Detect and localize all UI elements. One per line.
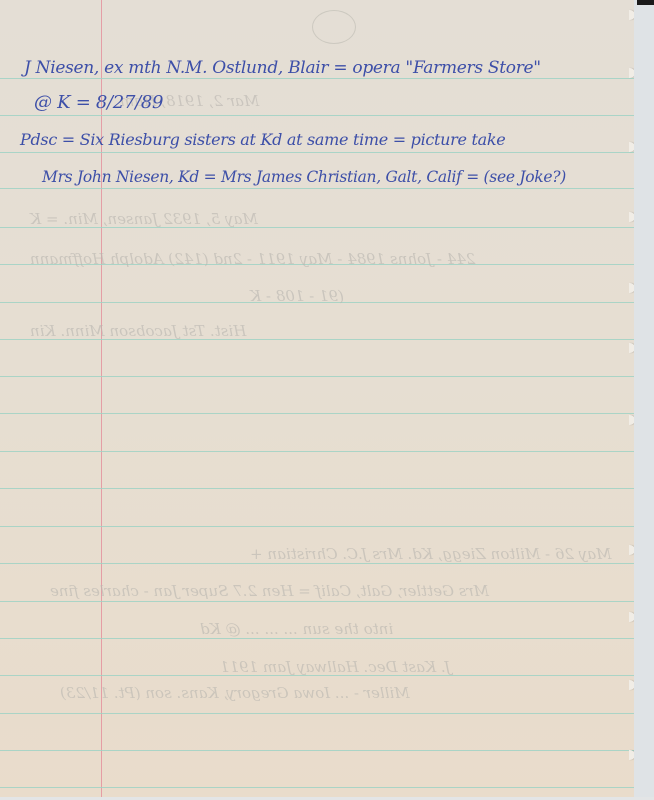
ruled-line bbox=[0, 115, 634, 116]
bleed-text: J. Kast Dec. Hallway Jam 1911 bbox=[220, 658, 451, 676]
entry-2-line-2: Mrs John Niesen, Kd = Mrs James Christia… bbox=[42, 168, 566, 186]
ruled-line bbox=[0, 563, 634, 564]
ruled-line bbox=[0, 787, 634, 788]
bleed-text: May 26 - Milton Ziegg, Kd. Mrs J.C. Chri… bbox=[250, 545, 612, 563]
entry-2-line-1: Pdsc = Six Riesburg sisters at Kd at sam… bbox=[20, 130, 505, 149]
entry-1-line-1: J Niesen, ex mth N.M. Ostlund, Blair = o… bbox=[24, 58, 541, 78]
bleed-text: 244 - Johns 1984 - May 1911 - 2nd (142) … bbox=[30, 250, 475, 268]
margin-line bbox=[101, 0, 102, 797]
ruled-line bbox=[0, 638, 634, 639]
ruled-line bbox=[0, 376, 634, 377]
ruled-line bbox=[0, 488, 634, 489]
ruled-line bbox=[0, 451, 634, 452]
notebook-page: Mar 2, 1918, Ham May 5, 1932 Jansen, Min… bbox=[0, 0, 634, 797]
bleed-text: into the sun ... ... ... @ Kd bbox=[200, 620, 393, 638]
entry-1-line-2: @ K = 8/27/89 bbox=[34, 92, 163, 113]
bleed-text: Miller - ... Iowa Gregory, Kans. son (Pt… bbox=[60, 684, 410, 702]
ruled-line bbox=[0, 78, 634, 79]
ruled-line bbox=[0, 713, 634, 714]
bleed-text: Mrs Gettler, Galt, Calif = Hen 2.7 Super… bbox=[50, 582, 489, 600]
ruled-line bbox=[0, 413, 634, 414]
ruled-line bbox=[0, 601, 634, 602]
bleed-text: Hist. Tst Jacobson Minn. Kin bbox=[30, 322, 246, 340]
bleed-text: May 5, 1932 Jansen, Min. = K bbox=[30, 210, 258, 228]
scan-corner bbox=[637, 0, 654, 5]
ruled-line bbox=[0, 188, 634, 189]
bleed-text: (91 - 108 - K bbox=[250, 287, 344, 305]
ruled-line bbox=[0, 750, 634, 751]
ruled-line bbox=[0, 152, 634, 153]
ruled-line bbox=[0, 526, 634, 527]
bleed-circle bbox=[312, 10, 356, 44]
scan-background bbox=[634, 0, 654, 800]
